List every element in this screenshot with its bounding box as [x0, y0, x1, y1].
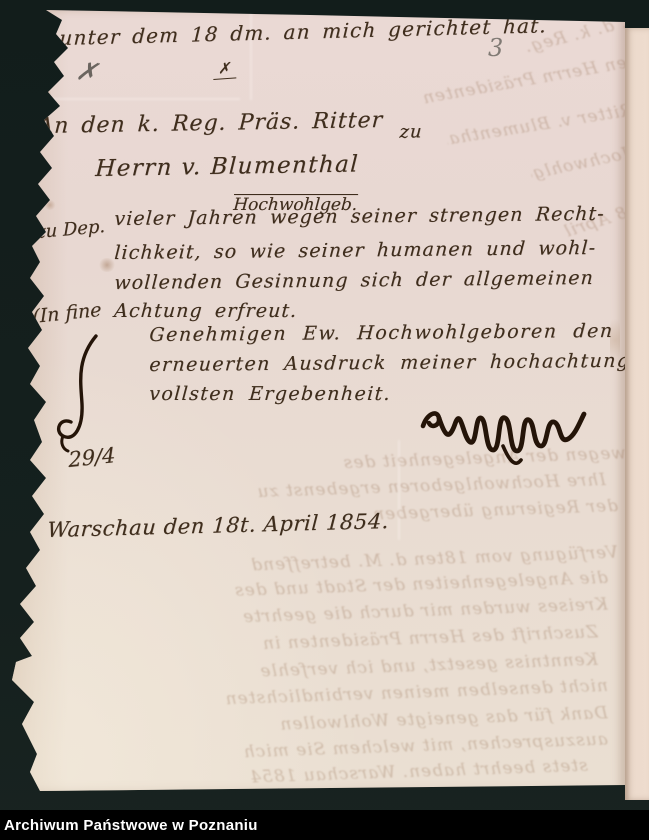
dateline: Warschau den 18t. April 1854. — [47, 509, 390, 542]
bleedthrough-line: Kenntniss gesetzt, und ich verfehle — [128, 650, 598, 686]
top-annotation: unter dem 18 dm. an mich gerichtet hat. — [59, 13, 548, 50]
margin-note-2: (In fine — [32, 299, 102, 328]
body-line-1: vieler Jahren wegen seiner strengen Rech… — [114, 203, 606, 230]
adjacent-page-edge — [625, 28, 649, 800]
address-line-2: Herrn v. Blumenthal — [95, 151, 360, 182]
signature-scrawl — [415, 394, 587, 474]
address-line-1-text: An den k. Reg. Präs. Ritter — [37, 108, 384, 139]
bleedthrough-line: Hochwohlgeb. — [529, 142, 639, 184]
paraph-flourish — [50, 332, 110, 454]
archive-watermark-bar: Archiwum Państwowe w Poznaniu — [0, 810, 649, 840]
bleedthrough-line: nicht denselben meinen verbindlichsten — [88, 676, 608, 714]
bleedthrough-line: Ihre Hochwohlgeboren ergebenst zu — [148, 470, 606, 506]
body-line-4: Achtung erfreut. — [113, 300, 298, 322]
bleedthrough-line: Verfügung vom 18ten d. M. betreffend — [198, 543, 618, 578]
pencil-check-mark: ✗ — [74, 56, 100, 89]
closing-line-2: erneuerten Ausdruck meiner hochachtungs- — [149, 350, 649, 376]
fold-crease — [398, 440, 400, 540]
bleedthrough-line: Dank für das geneigte Wohlwollen — [108, 703, 608, 740]
address-line-1: An den k. Reg. Präs. Ritter zu — [37, 107, 419, 139]
paper-stain — [44, 200, 56, 210]
fold-crease — [40, 98, 240, 100]
closing-line-3: vollsten Ergebenheit. — [148, 383, 391, 405]
body-line-3: wollenden Gesinnung sich der allgemeinen — [114, 267, 595, 294]
bleedthrough-line: Ritter v. Blumenthal — [446, 100, 635, 149]
address-line-1-suffix: zu — [399, 121, 423, 142]
scanned-document-page: b. d. k. Reg. den Herrn Präsidenten zu R… — [0, 0, 649, 840]
bleedthrough-line: stets beehrt haben. Warschau 1854 — [118, 756, 588, 792]
bleedthrough-line: den Herrn Präsidenten zu — [418, 51, 640, 109]
letter-sheet: b. d. k. Reg. den Herrn Präsidenten zu R… — [10, 10, 625, 791]
bleedthrough-line: die Angelegenheiten der Stadt und des — [88, 568, 608, 606]
paper-stain — [38, 88, 52, 100]
bleedthrough-line: auszusprechen, mit welchem Sie mich — [68, 730, 608, 769]
bleedthrough-line: Kreises wurden mir durch die geehrte — [68, 595, 608, 634]
bleedthrough-line: Zuschrift des Herrn Präsidenten in — [98, 622, 598, 659]
docket-number: 29/4 — [68, 443, 116, 472]
insertion-mark: ✗ — [212, 58, 236, 80]
archive-watermark-label: Archiwum Państwowe w Poznaniu — [0, 817, 258, 834]
margin-note-1: zu Dep. — [36, 216, 105, 243]
closing-line-1: Genehmigen Ew. Hochwohlgeboren den — [149, 320, 615, 346]
body-line-2: lichkeit, so wie seiner humanen und wohl… — [114, 237, 597, 264]
pencil-page-number: 3 — [488, 34, 503, 62]
